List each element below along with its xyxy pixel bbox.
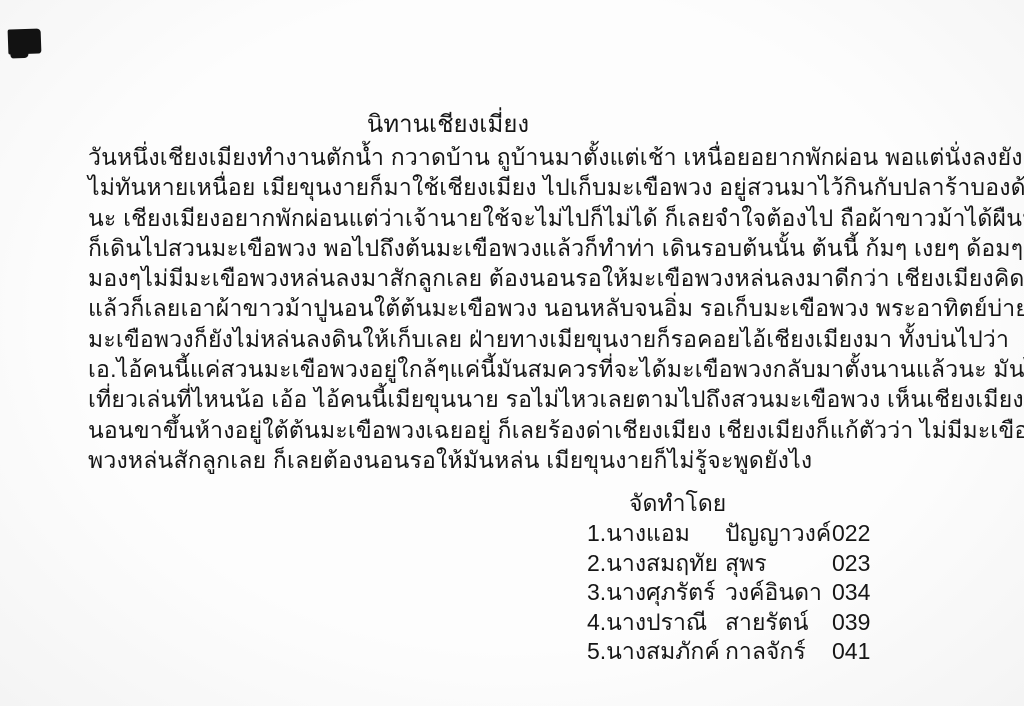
credit-member-row: 2.นางสมฤทัยสุพร023 — [587, 549, 870, 579]
member-surname: สุพร — [725, 549, 832, 579]
story-title: นิทานเชียงเมี่ยง — [88, 110, 808, 140]
story-line: เอ.ไอ้คนนี้แค่สวนมะเขือพวงอยู่ใกล้ๆแค่นี… — [88, 354, 948, 384]
document-page: นิทานเชียงเมี่ยง วันหนึ่งเชียงเมียงทำงาน… — [0, 0, 1024, 706]
credit-member-row: 1.นางแอมปัญญาวงค์022 — [587, 519, 870, 549]
member-id: 023 — [832, 549, 870, 579]
story-line: วันหนึ่งเชียงเมียงทำงานตักน้ำ กวาดบ้าน ถ… — [88, 142, 948, 172]
member-name: 3.นางศุภรัตร์ — [587, 578, 725, 608]
credit-member-row: 3.นางศุภรัตร์วงค์อินดา034 — [587, 578, 870, 608]
member-name: 4.นางปราณี — [587, 608, 725, 638]
story-line: มะเขือพวงก็ยังไม่หล่นลงดินให้เก็บเลย ฝ่า… — [88, 324, 948, 354]
member-id: 041 — [832, 637, 870, 667]
member-name: 2.นางสมฤทัย — [587, 549, 725, 579]
story-line: ก็เดินไปสวนมะเขือพวง พอไปถึงต้นมะเขือพวง… — [88, 233, 948, 263]
member-surname: ปัญญาวงค์ — [725, 519, 832, 549]
credits-list: 1.นางแอมปัญญาวงค์0222.นางสมฤทัยสุพร0233.… — [587, 519, 870, 667]
member-surname: สายรัตน์ — [725, 608, 832, 638]
story-line: นะ เชียงเมียงอยากพักผ่อนแต่ว่าเจ้านายใช้… — [88, 203, 948, 233]
story-line: แล้วก็เลยเอาผ้าขาวม้าปูนอนใต้ต้นมะเขือพว… — [88, 293, 948, 323]
story-line: พวงหล่นสักลูกเลย ก็เลยต้องนอนรอให้มันหล่… — [88, 445, 948, 475]
credit-member-row: 4.นางปราณีสายรัตน์039 — [587, 608, 870, 638]
member-id: 034 — [832, 578, 870, 608]
member-surname: กาลจักร์ — [725, 637, 832, 667]
story-line: มองๆไม่มีมะเขือพวงหล่นลงมาสักลูกเลย ต้อง… — [88, 263, 948, 293]
story-line: ไม่ทันหายเหนื่อย เมียขุนงายก็มาใช้เชียงเ… — [88, 172, 948, 202]
credit-member-row: 5.นางสมภักค์กาลจักร์041 — [587, 637, 870, 667]
member-name: 5.นางสมภักค์ — [587, 637, 725, 667]
member-id: 022 — [832, 519, 870, 549]
scan-artifact-mark — [8, 28, 42, 54]
story-line: นอนขาขึ้นห้างอยู่ใต้ต้นมะเขือพวงเฉยอยู่ … — [88, 415, 948, 445]
member-name: 1.นางแอม — [587, 519, 725, 549]
member-id: 039 — [832, 608, 870, 638]
credits-section: จัดทำโดย 1.นางแอมปัญญาวงค์0222.นางสมฤทัย… — [587, 487, 870, 667]
member-surname: วงค์อินดา — [725, 578, 832, 608]
story-line: เที่ยวเล่นที่ไหนน้อ เอ้อ ไอ้คนนี้เมียขุน… — [88, 384, 948, 414]
credits-heading: จัดทำโดย — [629, 487, 870, 519]
story-body: วันหนึ่งเชียงเมียงทำงานตักน้ำ กวาดบ้าน ถ… — [88, 142, 948, 475]
